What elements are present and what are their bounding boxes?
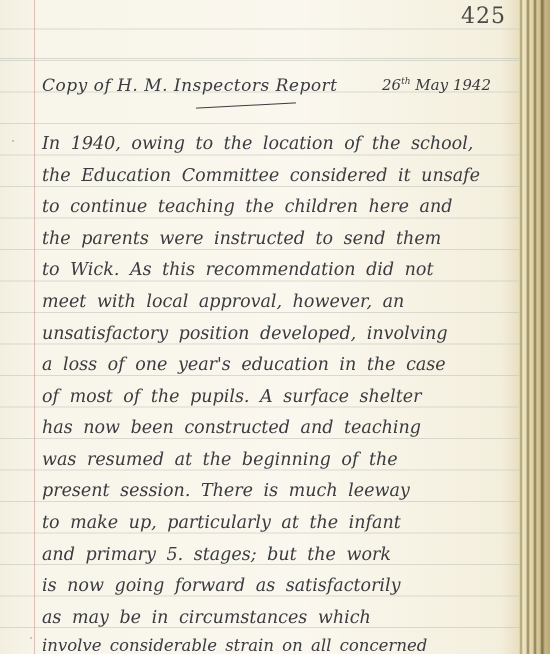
paper-speck xyxy=(12,140,14,142)
text-line: a loss of one year's education in the ca… xyxy=(42,355,446,375)
text-line: to continue teaching the children here a… xyxy=(42,197,452,217)
page-number: 425 xyxy=(461,4,506,29)
text-line: meet with local approval, however, an xyxy=(42,292,404,312)
text-line: is now going forward as satisfactorily xyxy=(42,576,401,596)
text-line: to Wick. As this recommendation did not xyxy=(42,260,433,280)
text-line: the Education Committee considered it un… xyxy=(42,166,480,186)
text-line: In 1940, owing to the location of the sc… xyxy=(42,134,473,154)
date-rest: May 1942 xyxy=(411,76,492,94)
date-day: 26 xyxy=(382,76,401,94)
text-line: the parents were instructed to send them xyxy=(42,229,441,249)
margin-line xyxy=(34,0,35,654)
text-line: of most of the pupils. A surface shelter xyxy=(42,387,421,407)
paper-speck xyxy=(30,637,32,639)
text-line: and primary 5. stages; but the work xyxy=(42,545,391,565)
text-line: present session. There is much leeway xyxy=(42,481,410,501)
text-line: has now been constructed and teaching xyxy=(42,418,421,438)
text-line: involve considerable strain on all conce… xyxy=(42,636,427,654)
text-line: as may be in circumstances which xyxy=(42,608,371,628)
text-line: unsatisfactory position developed, invol… xyxy=(42,324,448,344)
report-title: Copy of H. M. Inspectors Report xyxy=(42,76,338,96)
text-line: to make up, particularly at the infant xyxy=(42,513,401,533)
date-suffix: th xyxy=(401,77,410,87)
top-rule xyxy=(0,58,520,59)
ledger-page: 425 Copy of H. M. Inspectors Report 26th… xyxy=(0,0,550,654)
text-line: was resumed at the beginning of the xyxy=(42,450,398,470)
report-date: 26th May 1942 xyxy=(382,76,491,94)
book-binding xyxy=(519,0,550,654)
